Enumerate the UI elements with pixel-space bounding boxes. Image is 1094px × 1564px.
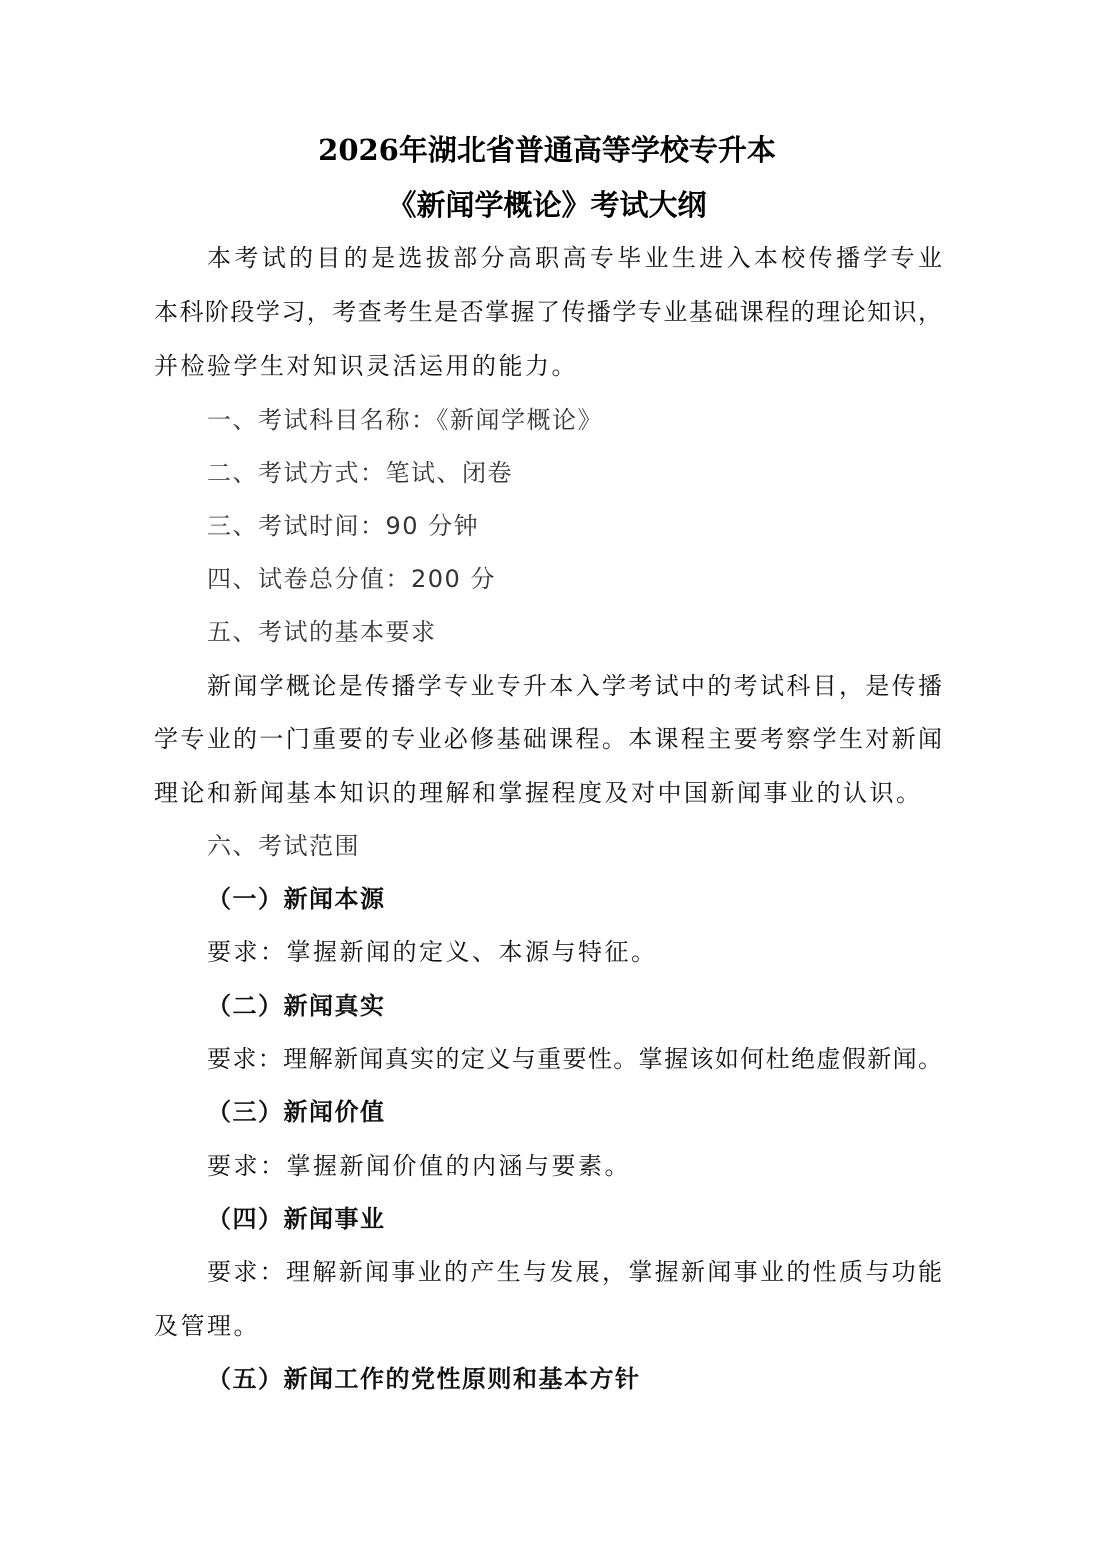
scope-requirement-news-industry-line-1: 要求：理解新闻事业的产生与发展，掌握新闻事业的性质与功能 (207, 1255, 942, 1289)
intro-line-3: 并检验学生对知识灵活运用的能力。 (154, 349, 578, 383)
scope-requirement-news-value: 要求：掌握新闻价值的内涵与要素。 (207, 1149, 631, 1183)
document-title-line2: 《新闻学概论》考试大纲 (0, 185, 1094, 225)
section-total-score: 四、试卷总分值：200 分 (207, 562, 496, 596)
scope-heading-news-value: （三）新闻价值 (207, 1095, 386, 1129)
scope-requirement-news-truth: 要求：理解新闻真实的定义与重要性。掌握该如何杜绝虚假新闻。 (207, 1042, 942, 1076)
intro-line-1: 本考试的目的是选拔部分高职高专毕业生进入本校传播学专业 (207, 241, 942, 275)
requirements-line-2: 学专业的一门重要的专业必修基础课程。本课程主要考察学生对新闻 (154, 722, 942, 756)
section-exam-format: 二、考试方式：笔试、闭卷 (207, 456, 513, 490)
scope-heading-party-principles: （五）新闻工作的党性原则和基本方针 (207, 1362, 641, 1396)
document-page: 2026年湖北省普通高等学校专升本 《新闻学概论》考试大纲 本考试的目的是选拔部… (0, 0, 1094, 1564)
document-title-line1: 2026年湖北省普通高等学校专升本 (0, 130, 1094, 170)
section-exam-scope: 六、考试范围 (207, 829, 360, 863)
section-subject-name: 一、考试科目名称：《新闻学概论》 (207, 403, 603, 437)
requirements-line-3: 理论和新闻基本知识的理解和掌握程度及对中国新闻事业的认识。 (154, 776, 923, 810)
scope-requirement-news-origin: 要求：掌握新闻的定义、本源与特征。 (207, 935, 658, 969)
scope-requirement-news-industry-line-2: 及管理。 (154, 1309, 260, 1343)
scope-heading-news-origin: （一）新闻本源 (207, 882, 386, 916)
intro-line-2: 本科阶段学习，考查考生是否掌握了传播学专业基础课程的理论知识， (154, 295, 942, 329)
requirements-line-1: 新闻学概论是传播学专业专升本入学考试中的考试科目，是传播 (207, 669, 942, 703)
scope-heading-news-truth: （二）新闻真实 (207, 989, 386, 1023)
section-basic-requirements: 五、考试的基本要求 (207, 615, 437, 649)
section-exam-duration: 三、考试时间：90 分钟 (207, 509, 479, 543)
scope-heading-news-industry: （四）新闻事业 (207, 1202, 386, 1236)
